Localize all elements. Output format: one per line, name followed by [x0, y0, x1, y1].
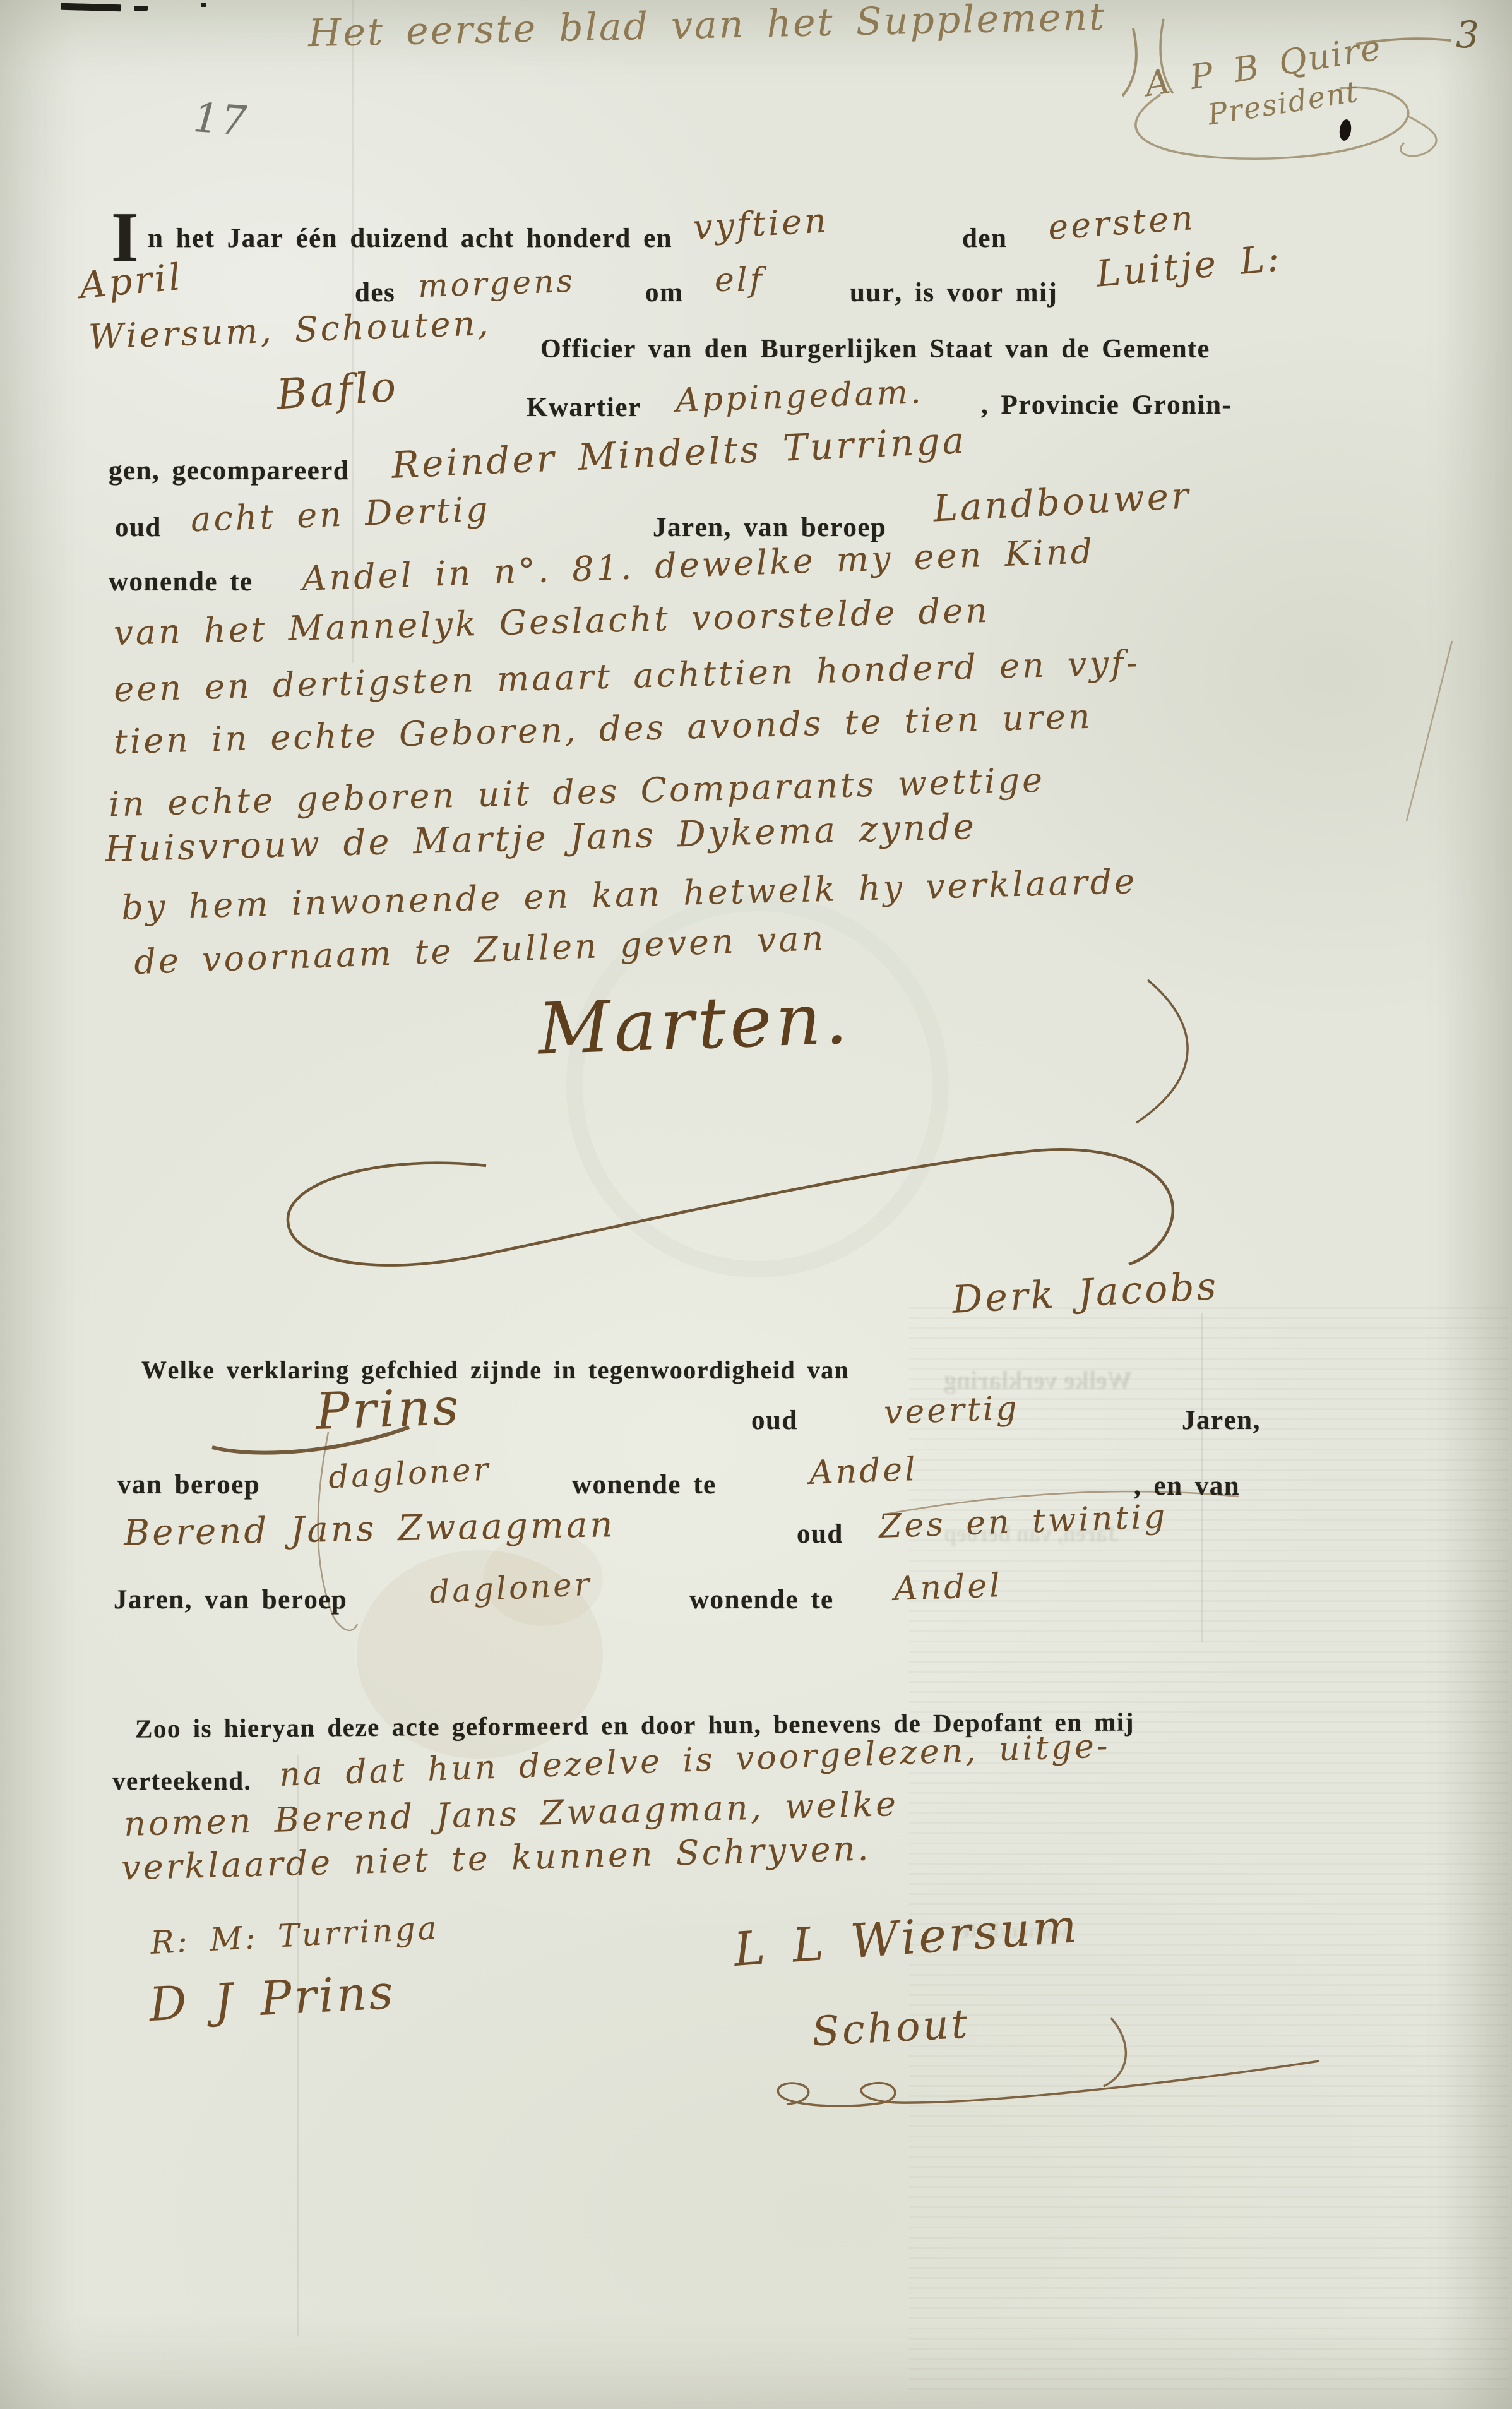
act-line13-written: by hem inwonende en kan hetwelk hy verkl… [121, 864, 1138, 925]
act-line1-written-day: eersten [1047, 201, 1196, 245]
witness1-printed-wonende: wonende te [572, 1471, 717, 1498]
witness1-residence: Andel [809, 1453, 918, 1490]
act-line2-written-month: April [78, 258, 184, 304]
page-number: 3 [1456, 16, 1482, 53]
closing-printed-line2: verteekend. [112, 1768, 251, 1794]
act-line9-written: een en dertigsten maart achttien honderd… [114, 646, 1141, 707]
act-line2-printed-b: om [645, 279, 683, 306]
act-line3-printed: Officier van den Burgerlijken Staat van … [540, 336, 1210, 362]
act-line6-written-occupation: Landbouwer [932, 477, 1192, 527]
header-annotation: Het eerste blad van het Supplement [308, 0, 1107, 52]
witness-printed-envan: , en van [1134, 1473, 1240, 1500]
act-line4-printed-a: Kwartier [527, 394, 641, 421]
witness1-printed-jaren: Jaren, [1182, 1407, 1261, 1434]
pencil-folio-number: 17 [192, 98, 250, 142]
act-line1-printed-a: n het Jaar één duizend acht honderd en [148, 225, 672, 252]
child-name: Marten. [537, 983, 852, 1065]
witness1-occupation: dagloner [328, 1453, 492, 1493]
act-line4-printed-b: , Provincie Gronin- [981, 392, 1232, 419]
scan-edge-mark [61, 3, 121, 12]
witness1-surname: Prins [315, 1382, 462, 1437]
act-line3-written-official-surname: Wiersum, Schouten, [88, 306, 491, 354]
witness2-occupation: dagloner [429, 1568, 593, 1608]
witness2-printed-oud: oud [797, 1521, 843, 1548]
witness2-printed-wonende: wonende te [689, 1586, 834, 1613]
witness1-printed-oud: oud [751, 1407, 798, 1434]
act-line4-written-kwartier: Appingedam. [675, 376, 924, 417]
act-line1-printed-b: den [962, 225, 1007, 252]
witness2-age: Zes en twintig [878, 1500, 1168, 1543]
witness1-printed-beroep: van beroep [117, 1471, 260, 1498]
witness2-name: Berend Jans Zwaagman [124, 1507, 616, 1551]
president-signature-tail [1401, 116, 1436, 156]
act-line4-written-gemeente: Baflo [275, 366, 400, 415]
bleedthrough-texture [909, 1307, 1509, 2393]
act-line14-written: de voornaam te Zullen geven van [133, 921, 826, 979]
act-line2-printed-c: uur, is voor mij [850, 279, 1057, 306]
act-line5-printed: gen, gecompareerd [109, 457, 349, 484]
act-line2-written-daypart: morgens [417, 265, 575, 302]
scan-edge-mark [201, 3, 206, 7]
act-line1-written-year: vyftien [693, 203, 830, 244]
act-line6-printed-b: Jaren, van beroep [653, 514, 886, 541]
witness2-residence: Andel [893, 1569, 1003, 1606]
act-line2-written-official-firstname: Luitje L: [1095, 239, 1283, 292]
act-line10-written: tien in echte Geboren, des avonds te tie… [114, 700, 1093, 760]
act-line6-printed-a: oud [115, 514, 162, 541]
act-line6-written-age: acht en Dertig [190, 493, 491, 537]
header-flourish [1122, 28, 1136, 96]
act-line5-written-declarant-name: Reinder Mindelts Turringa [391, 422, 967, 484]
signature-witness1: D J Prins [148, 1969, 396, 2028]
signature-declarant: R: M: Turringa [150, 1912, 440, 1959]
act-line2-printed-a: des [355, 279, 395, 306]
witness-printed-intro: Welke verklaring gefchied zijnde in tege… [141, 1358, 850, 1383]
act-line8-written: van het Mannelyk Geslacht voorstelde den [114, 594, 991, 650]
act-line7-written-residence: Andel in n°. 81. dewelke my een Kind [301, 534, 1095, 596]
paraph-loop-flourish [288, 1149, 1173, 1265]
signature-schout-title: Schout [811, 2004, 970, 2052]
ink-blot [1338, 119, 1353, 141]
act-line7-printed: wonende te [109, 568, 253, 595]
marten-paren-flourish [1136, 980, 1188, 1123]
witness2-printed-jaren-beroep: Jaren, van beroep [114, 1586, 347, 1613]
paper-crease [297, 1755, 299, 2336]
scan-edge-mark [134, 6, 148, 11]
witness1-age: veertig [883, 1392, 1020, 1429]
act-line2-written-hour: elf [715, 264, 765, 297]
birth-certificate-page: Welke verklaring Jaren, van beroep wonen… [0, 0, 1512, 2409]
pen-hairline [1407, 641, 1452, 821]
